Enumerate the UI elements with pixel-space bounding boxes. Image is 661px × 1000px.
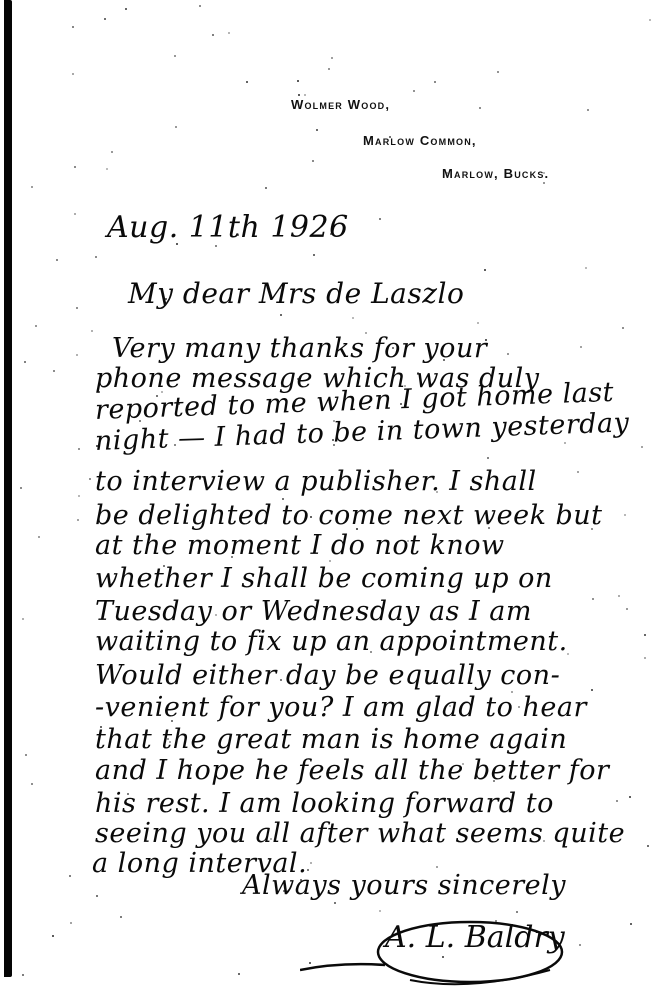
body-line: Would either day be equally con- [95, 660, 560, 691]
signature-block: A. L. Baldry [300, 910, 630, 990]
salutation: My dear Mrs de Laszlo [128, 277, 464, 310]
speck [281, 385, 283, 387]
speck [626, 608, 628, 610]
speck [125, 8, 127, 10]
speck [174, 444, 176, 446]
speck [333, 444, 335, 446]
speck [618, 595, 620, 597]
speck [407, 540, 409, 542]
body-line: seeing you all after what seems quite [95, 818, 625, 849]
speck [647, 845, 649, 847]
speck [74, 213, 76, 215]
speck [462, 763, 464, 765]
speck [591, 689, 593, 691]
speck [389, 136, 391, 138]
speck [228, 32, 230, 34]
speck [104, 18, 106, 20]
speck [630, 923, 632, 925]
speck [53, 370, 55, 372]
body-line: whether I shall be coming up on [95, 563, 553, 594]
speck [174, 55, 176, 57]
letter-page: Wolmer Wood, Marlow Common, Marlow, Buck… [0, 0, 661, 1000]
speck [76, 307, 78, 309]
speck [78, 448, 80, 450]
speck [89, 478, 91, 480]
speck [156, 395, 158, 397]
closing: Always yours sincerely [242, 870, 566, 901]
speck [622, 327, 624, 329]
speck [477, 322, 479, 324]
speck [161, 391, 163, 393]
speck [379, 218, 381, 220]
speck [304, 94, 306, 96]
speck [479, 107, 481, 109]
scan-edge-bar [4, 0, 12, 977]
speck [434, 81, 436, 83]
body-line: and I hope he feels all the better for [95, 755, 609, 786]
speck [72, 73, 74, 75]
speck [238, 973, 240, 975]
speck [163, 565, 165, 567]
speck [76, 354, 78, 356]
letterhead-line-3: Marlow, Bucks. [442, 166, 549, 181]
speck [379, 910, 381, 912]
speck [169, 741, 171, 743]
speck [120, 916, 122, 918]
speck [95, 256, 97, 258]
speck [22, 974, 24, 976]
speck [333, 420, 335, 422]
speck [365, 332, 367, 334]
speck [334, 902, 336, 904]
speck [175, 126, 177, 128]
speck [330, 233, 332, 235]
speck [564, 442, 566, 444]
speck [279, 287, 281, 289]
speck [310, 862, 312, 864]
speck [91, 330, 93, 332]
speck [400, 403, 402, 405]
speck [312, 160, 314, 162]
speck [304, 440, 306, 442]
speck [69, 875, 71, 877]
speck [106, 168, 108, 170]
speck [280, 679, 282, 681]
speck [52, 935, 54, 937]
speck [199, 5, 201, 7]
speck [96, 445, 98, 447]
letter-date: Aug. 11th 1926 [107, 210, 349, 245]
speck [74, 166, 76, 168]
speck [316, 129, 318, 131]
letterhead-line-1: Wolmer Wood, [291, 97, 390, 112]
speck [329, 560, 331, 562]
body-line: at the moment I do not know [95, 530, 505, 561]
speck [624, 514, 626, 516]
speck [270, 838, 272, 840]
speck [472, 638, 474, 640]
speck [181, 614, 183, 616]
speck [507, 353, 509, 355]
body-line: Tuesday or Wednesday as I am [95, 596, 532, 627]
body-line: be delighted to come next week but [95, 500, 603, 531]
speck [282, 498, 284, 500]
speck [300, 879, 302, 881]
speck [31, 783, 33, 785]
speck [629, 796, 631, 798]
speck [497, 71, 499, 73]
letterhead-line-2: Marlow Common, [363, 133, 477, 148]
speck [283, 890, 285, 892]
speck [72, 26, 74, 28]
speck [215, 245, 217, 247]
speck [78, 495, 80, 497]
speck [77, 519, 79, 521]
speck [577, 471, 579, 473]
speck [543, 182, 545, 184]
speck [644, 657, 646, 659]
speck [246, 81, 248, 83]
speck [487, 457, 489, 459]
speck [352, 317, 354, 319]
speck [96, 895, 98, 897]
speck [370, 651, 372, 653]
speck [641, 446, 643, 448]
speck [356, 528, 358, 530]
speck [493, 780, 495, 782]
body-line: waiting to fix up an appointment. [95, 626, 568, 657]
speck [178, 403, 180, 405]
speck [516, 911, 518, 913]
speck [518, 706, 520, 708]
speck [436, 866, 438, 868]
speck [413, 90, 415, 92]
body-line: -venient for you? I am glad to hear [95, 692, 587, 723]
speck [328, 68, 330, 70]
speck [31, 186, 33, 188]
body-line: his rest. I am looking forward to [95, 788, 554, 819]
speck [644, 634, 646, 636]
speck [616, 800, 618, 802]
speck [567, 653, 569, 655]
speck [38, 536, 40, 538]
speck [580, 346, 582, 348]
speck [587, 109, 589, 111]
signature: A. L. Baldry [385, 920, 565, 955]
speck [579, 944, 581, 946]
speck [280, 314, 282, 316]
speck [212, 34, 214, 36]
speck [111, 151, 113, 153]
speck [70, 922, 72, 924]
body-line: to interview a publisher. I shall [95, 466, 537, 497]
speck [22, 618, 24, 620]
speck [24, 361, 26, 363]
body-line: Very many thanks for your [112, 333, 487, 364]
speck [484, 269, 486, 271]
speck [313, 254, 315, 256]
speck [375, 704, 377, 706]
speck [56, 259, 58, 261]
speck [592, 598, 594, 600]
speck [20, 487, 22, 489]
speck [35, 325, 37, 327]
speck [649, 19, 651, 21]
speck [265, 187, 267, 189]
speck [585, 267, 587, 269]
speck [167, 738, 169, 740]
speck [392, 347, 394, 349]
speck [25, 754, 27, 756]
speck [491, 639, 493, 641]
speck [591, 528, 593, 530]
body-line: that the great man is home again [95, 724, 567, 755]
speck [298, 94, 300, 96]
speck [297, 80, 299, 82]
speck [331, 57, 333, 59]
